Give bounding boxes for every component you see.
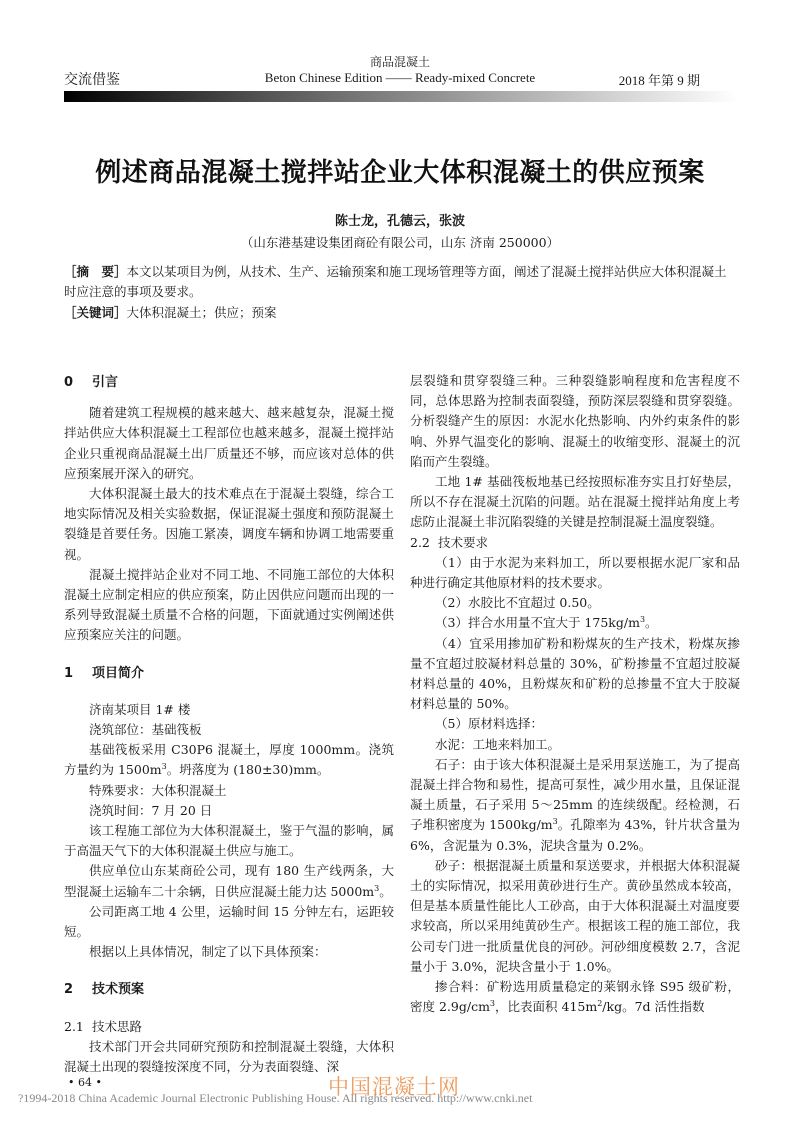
paragraph: 工地 1# 基础筏板地基已经按照标准夯实且打好垫层，所以不存在混凝土沉陷的问题。… <box>410 472 740 533</box>
paragraph: 掺合料：矿粉选用质量稳定的莱钢永锋 S95 级矿粉，密度 2.9g/cm3，比表… <box>410 977 740 1017</box>
section-heading-0: 0引言 <box>64 373 394 393</box>
requirement-item: （3）拌合水用量不宜大于 175kg/m3。 <box>410 613 740 633</box>
right-column: 层裂缝和贯穿裂缝三种。三种裂缝影响程度和危害程度不同，总体思路为控制表面裂缝，预… <box>410 371 740 1018</box>
paragraph: 浇筑部位：基础筏板 <box>64 720 394 740</box>
paragraph: 砂子：根据混凝土质量和泵送要求，并根据大体积混凝土的实际情况，拟采用黄砂进行生产… <box>410 856 740 977</box>
paragraph: 基础筏板采用 C30P6 混凝土，厚度 1000mm。浇筑方量约为 1500m3… <box>64 740 394 780</box>
section-heading-2: 2技术预案 <box>64 980 394 1000</box>
requirement-item: （4）宜采用掺加矿粉和粉煤灰的生产技术，粉煤灰掺量不宜超过胶凝材料总量的 30%… <box>410 634 740 715</box>
keywords-text: 大体积混凝土；供应；预案 <box>127 305 277 320</box>
paragraph: 根据以上具体情况，制定了以下具体预案： <box>64 942 394 962</box>
paragraph: 济南某项目 1# 楼 <box>64 700 394 720</box>
paragraph: 混凝土搅拌站企业对不同工地、不同施工部位的大体积混凝土应制定相应的供应预案，防止… <box>64 565 394 646</box>
paragraph: 随着建筑工程规模的越来越大、越来越复杂，混凝土搅拌站供应大体积混凝土工程部位也越… <box>64 403 394 484</box>
requirement-item: （2）水胶比不宜超过 0.50。 <box>410 593 740 613</box>
watermark: 中国混凝土网 <box>328 1071 460 1101</box>
abstract-label: ［摘 要］ <box>64 264 127 279</box>
header-gradient-bar <box>64 91 738 102</box>
running-header-issue: 2018 年第 9 期 <box>619 70 700 89</box>
subsection-heading-2-1: 2.1技术思路 <box>64 1017 394 1037</box>
paragraph: 该工程施工部位为大体积混凝土，鉴于气温的影响，属于高温天气下的大体积混凝土供应与… <box>64 821 394 861</box>
keywords-label: ［关键词］ <box>64 305 127 320</box>
requirement-item: （5）原材料选择： <box>410 714 740 734</box>
left-column: 0引言 随着建筑工程规模的越来越大、越来越复杂，混凝土搅拌站供应大体积混凝土工程… <box>64 373 394 1077</box>
article-authors: 陈士龙，孔德云，张波 <box>0 210 800 229</box>
section-heading-1: 1项目简介 <box>64 664 394 684</box>
paragraph: 大体积混凝土最大的技术难点在于混凝土裂缝，综合工地实际情况及相关实验数据，保证混… <box>64 484 394 565</box>
article-affiliation: （山东港基建设集团商砼有限公司，山东 济南 250000） <box>0 233 800 251</box>
running-header-journal: 商品混凝土 <box>0 53 800 70</box>
paragraph: 水泥：工地来料加工。 <box>410 735 740 755</box>
paragraph: 特殊要求：大体积混凝土 <box>64 781 394 801</box>
abstract-text: 本文以某项目为例，从技术、生产、运输预案和施工现场管理等方面，阐述了混凝土搅拌站… <box>64 264 727 299</box>
article-title: 例述商品混凝土搅拌站企业大体积混凝土的供应预案 <box>0 152 800 189</box>
keywords: ［关键词］大体积混凝土；供应；预案 <box>64 303 736 323</box>
page-number: • 64 • <box>68 1076 102 1089</box>
paragraph: 供应单位山东某商砼公司，现有 180 生产线两条，大型混凝土运输车二十余辆，日供… <box>64 861 394 901</box>
paragraph: 石子：由于该大体积混凝土是采用泵送施工，为了提高混凝土拌合物和易性，提高可泵性，… <box>410 755 740 856</box>
paragraph: 浇筑时间：7 月 20 日 <box>64 801 394 821</box>
requirement-item: （1）由于水泥为来料加工，所以要根据水泥厂家和品种进行确定其他原材料的技术要求。 <box>410 553 740 593</box>
subsection-heading-2-2: 2.2技术要求 <box>410 533 740 553</box>
paragraph: 层裂缝和贯穿裂缝三种。三种裂缝影响程度和危害程度不同，总体思路为控制表面裂缝，预… <box>410 371 740 472</box>
abstract: ［摘 要］本文以某项目为例，从技术、生产、运输预案和施工现场管理等方面，阐述了混… <box>64 262 736 302</box>
paragraph: 公司距离工地 4 公里，运输时间 15 分钟左右，运距较短。 <box>64 902 394 942</box>
